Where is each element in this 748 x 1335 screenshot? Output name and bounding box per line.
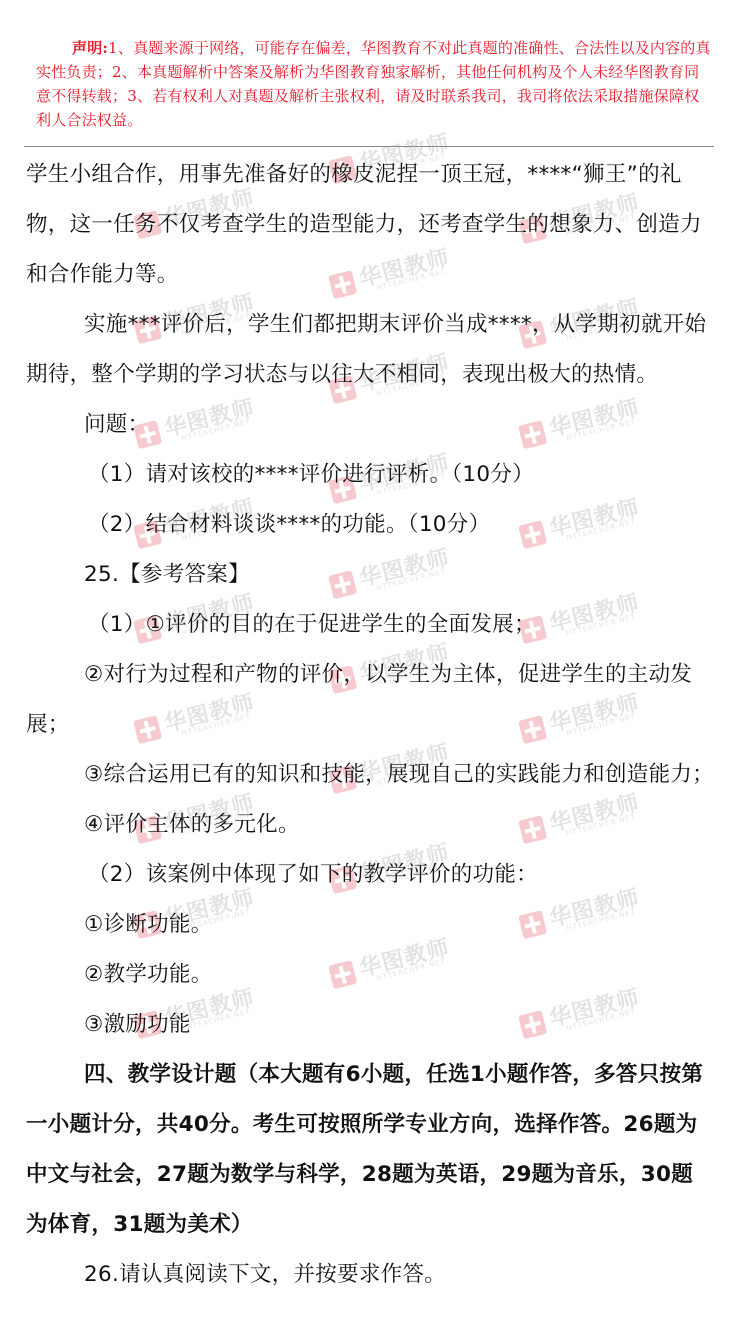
material-paragraph-1: 学生小组合作，用事先准备好的橡皮泥捏一顶王冠，****“狮王”的礼物，这一任务不… (26, 150, 714, 300)
document-body: 学生小组合作，用事先准备好的橡皮泥捏一顶王冠，****“狮王”的礼物，这一任务不… (26, 150, 714, 1300)
disclaimer: 声明:1、真题来源于网络，可能存在偏差，华图教育不对此真题的准确性、合法性以及内… (36, 36, 712, 132)
answer-part1-item-1: （1）①评价的目的在于促进学生的全面发展； (26, 600, 714, 650)
answer-heading: 25.【参考答案】 (26, 550, 714, 600)
answer-part1-item-2: ②对行为过程和产物的评价，以学生为主体，促进学生的主动发展； (26, 650, 714, 750)
answer-part1-item-4: ④评价主体的多元化。 (26, 800, 714, 850)
question-item-1: （1）请对该校的****评价进行评析。（10分） (26, 450, 714, 500)
section-4-heading: 四、教学设计题（本大题有6小题，任选1小题作答，多答只按第一小题计分，共40分。… (26, 1050, 714, 1250)
disclaimer-text: 1、真题来源于网络，可能存在偏差，华图教育不对此真题的准确性、合法性以及内容的真… (36, 39, 711, 129)
answer-part2-item-1: ①诊断功能。 (26, 900, 714, 950)
answer-part2-item-3: ③激励功能 (26, 1000, 714, 1050)
question-26: 26.请认真阅读下文，并按要求作答。 (26, 1250, 714, 1300)
header-divider (24, 146, 714, 147)
material-paragraph-2: 实施***评价后，学生们都把期末评价当成****，从学期初就开始期待，整个学期的… (26, 300, 714, 400)
answer-part1-item-3: ③综合运用已有的知识和技能，展现自己的实践能力和创造能力； (26, 750, 714, 800)
answer-part2-intro: （2）该案例中体现了如下的教学评价的功能： (26, 850, 714, 900)
answer-part2-item-2: ②教学功能。 (26, 950, 714, 1000)
question-item-2: （2）结合材料谈谈****的功能。（10分） (26, 500, 714, 550)
disclaimer-label: 声明: (72, 39, 108, 57)
questions-heading: 问题： (26, 400, 714, 450)
